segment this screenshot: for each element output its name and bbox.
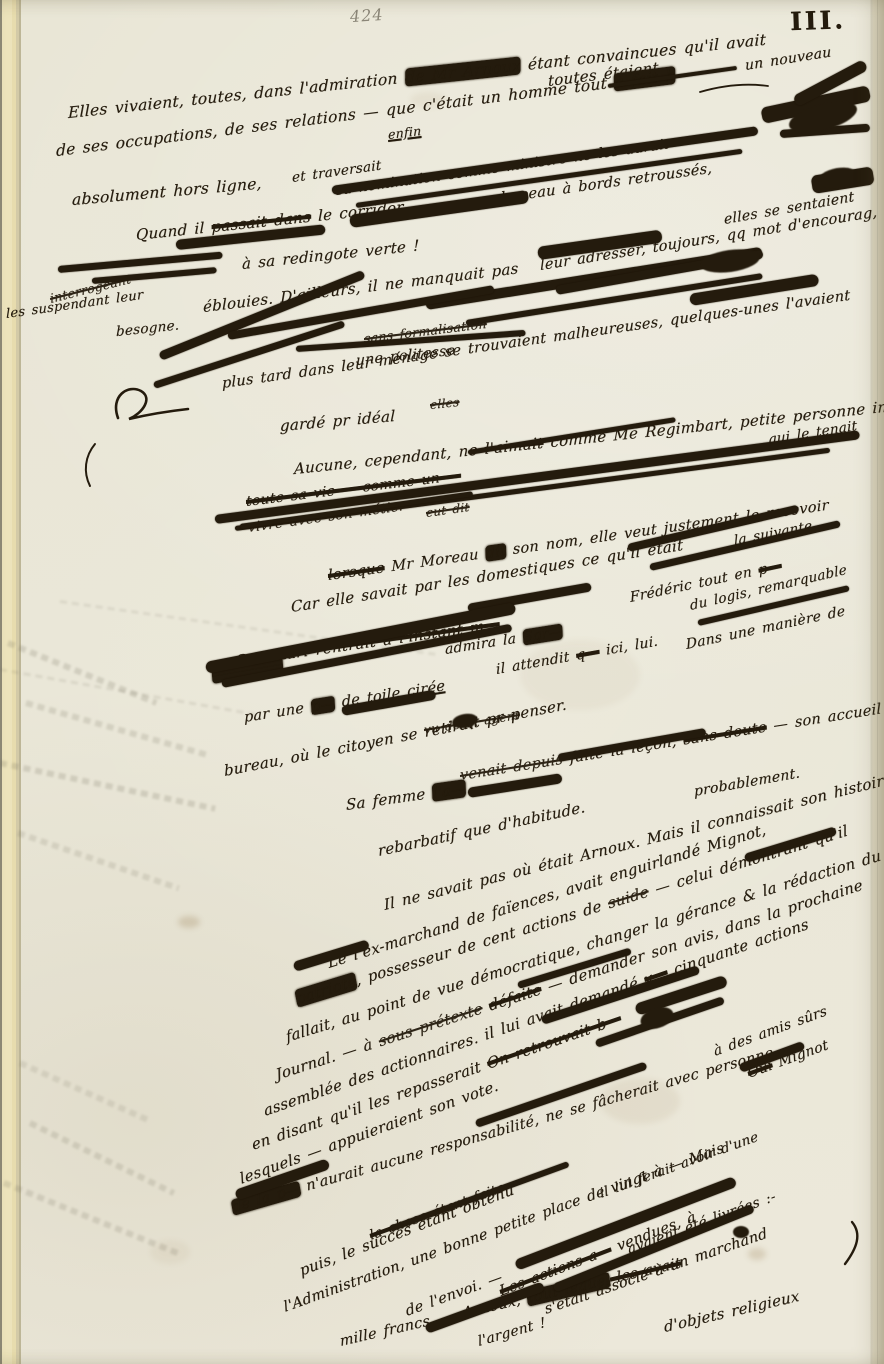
manuscript-line: gardé pr idéal: [280, 407, 396, 435]
paper-stain: [178, 916, 200, 928]
manuscript-line: d'objets religieux: [663, 1287, 800, 1336]
blotted-text: de Mr Arnoux: [405, 56, 521, 86]
struck-text: elles: [430, 395, 459, 412]
manuscript-line: elles: [430, 395, 459, 412]
paper-stain: [748, 1248, 766, 1260]
manuscript-line: à sa redingote verte !: [242, 236, 419, 273]
struck-text: p—: [758, 558, 783, 579]
insertion-flourish: [116, 389, 188, 419]
blotted-text: dit: [485, 543, 506, 562]
ink-blot: [733, 1226, 749, 1238]
folio-number-pencil: 424: [349, 5, 384, 26]
struck-text: suide: [606, 882, 650, 912]
binding-edge: [0, 0, 21, 1364]
show-through-mark: [29, 1120, 175, 1196]
manuscript-line: absolument hors ligne,: [72, 174, 262, 209]
underlined-text: enfin: [388, 123, 422, 142]
manuscript-line: enfin: [388, 123, 422, 142]
tail-flourish: [845, 1222, 857, 1264]
manuscript-line: Sa femme l'a—: [346, 779, 467, 814]
text-segment: Dans une manière de: [685, 603, 846, 653]
text-segment: plus tard dans leur ménage se trouvaient…: [222, 288, 851, 392]
manuscript-line: besogne.: [116, 317, 179, 340]
manuscript-line: rebarbatif que d'habitude.: [377, 798, 586, 860]
text-segment: gardé pr idéal: [280, 407, 396, 435]
text-segment: l'argent !: [477, 1315, 547, 1350]
manuscript-line: plus tard dans leur ménage se trouvaient…: [222, 288, 851, 392]
show-through-mark: [25, 700, 209, 758]
text-segment: besogne.: [116, 317, 179, 340]
manuscript-line: l'argent !: [477, 1315, 547, 1350]
text-segment: d'objets religieux: [663, 1287, 800, 1336]
show-through-mark: [0, 760, 216, 812]
text-segment: rebarbatif que d'habitude.: [377, 798, 586, 860]
text-segment: — son accueil fut moins: [766, 689, 884, 736]
ink-blot: [699, 246, 761, 276]
show-through-mark: [19, 1060, 149, 1122]
manuscript-line: Dans une manière de: [685, 603, 846, 653]
blotted-text: p—: [310, 696, 335, 716]
text-segment: absolument hors ligne,: [72, 174, 262, 209]
struck-text: lorsque: [328, 560, 385, 584]
text-segment: à sa redingote verte !: [242, 236, 419, 273]
show-through-mark: [17, 830, 180, 891]
margin-paren-mark: [86, 444, 95, 486]
caret-mark: [700, 85, 768, 92]
strikethrough-mark: [92, 267, 217, 284]
blotted-text: patriote: [294, 972, 358, 1008]
chapter-numeral: III.: [790, 5, 847, 36]
paper-stain: [150, 1240, 190, 1264]
text-segment: par une: [244, 699, 312, 726]
text-segment: Sa femme: [346, 784, 433, 814]
manuscript-page: 424 III. toutes étaientun nouveauElles v…: [0, 0, 884, 1364]
